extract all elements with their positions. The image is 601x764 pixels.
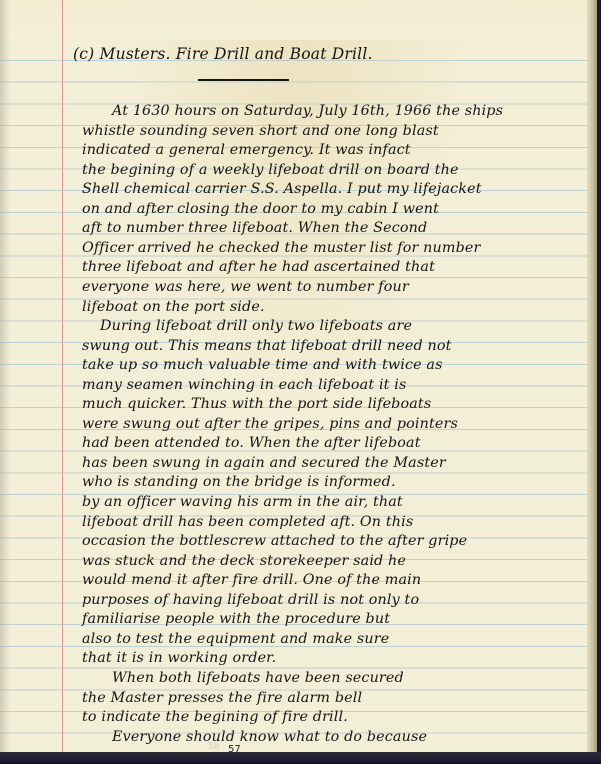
handwritten-line: also to test the equipment and make sure xyxy=(82,632,389,646)
handwritten-line: Shell chemical carrier S.S. Aspella. I p… xyxy=(82,182,482,196)
handwritten-line: indicated a general emergency. It was in… xyxy=(82,143,411,157)
notebook-page: (c) Musters. Fire Drill and Boat Drill. … xyxy=(0,0,597,752)
handwritten-line: to indicate the begining of fire drill. xyxy=(82,710,348,724)
handwritten-line: by an officer waving his arm in the air,… xyxy=(82,495,403,509)
handwritten-line: swung out. This means that lifeboat dril… xyxy=(82,339,452,353)
handwritten-line: When both lifeboats have been secured xyxy=(112,671,404,685)
handwritten-line: were swung out after the gripes, pins an… xyxy=(82,417,458,431)
handwritten-line: purposes of having lifeboat drill is not… xyxy=(82,593,419,607)
handwritten-line: who is standing on the bridge is informe… xyxy=(82,475,396,489)
handwritten-line: familiarise people with the procedure bu… xyxy=(82,612,390,626)
section-heading: (c) Musters. Fire Drill and Boat Drill. xyxy=(73,45,373,63)
handwritten-line: on and after closing the door to my cabi… xyxy=(82,202,439,216)
scanner-background xyxy=(0,752,601,764)
handwritten-line: occasion the bottlescrew attached to the… xyxy=(82,534,467,548)
handwritten-line: Officer arrived he checked the muster li… xyxy=(82,241,481,255)
handwritten-line: was stuck and the deck storekeeper said … xyxy=(82,554,406,568)
handwritten-line: At 1630 hours on Saturday, July 16th, 19… xyxy=(112,104,503,118)
handwritten-line: many seamen winching in each lifeboat it… xyxy=(82,378,406,392)
handwritten-line: that it is in working order. xyxy=(82,651,276,665)
handwritten-line: lifeboat on the port side. xyxy=(82,300,265,314)
handwritten-line: much quicker. Thus with the port side li… xyxy=(82,397,431,411)
handwritten-line: three lifeboat and after he had ascertai… xyxy=(82,260,435,274)
heading-underline xyxy=(198,79,289,81)
page-number: 57 xyxy=(228,744,241,752)
handwritten-line: had been attended to. When the after lif… xyxy=(82,436,421,450)
page-edge xyxy=(587,0,597,752)
handwritten-line: would mend it after fire drill. One of t… xyxy=(82,573,421,587)
handwritten-line: the Master presses the fire alarm bell xyxy=(82,691,362,705)
handwritten-line: aft to number three lifeboat. When the S… xyxy=(82,221,427,235)
handwritten-line: Everyone should know what to do because xyxy=(112,730,427,744)
handwritten-line: everyone was here, we went to number fou… xyxy=(82,280,409,294)
handwritten-line: the begining of a weekly lifeboat drill … xyxy=(82,163,459,177)
handwritten-line: lifeboat drill has been completed aft. O… xyxy=(82,515,413,529)
handwritten-line: During lifeboat drill only two lifeboats… xyxy=(100,319,412,333)
bleed-through-page-number: 58 xyxy=(208,742,219,752)
handwritten-line: has been swung in again and secured the … xyxy=(82,456,446,470)
handwritten-line: whistle sounding seven short and one lon… xyxy=(82,124,439,138)
handwritten-line: take up so much valuable time and with t… xyxy=(82,358,443,372)
margin-rule xyxy=(62,0,63,752)
